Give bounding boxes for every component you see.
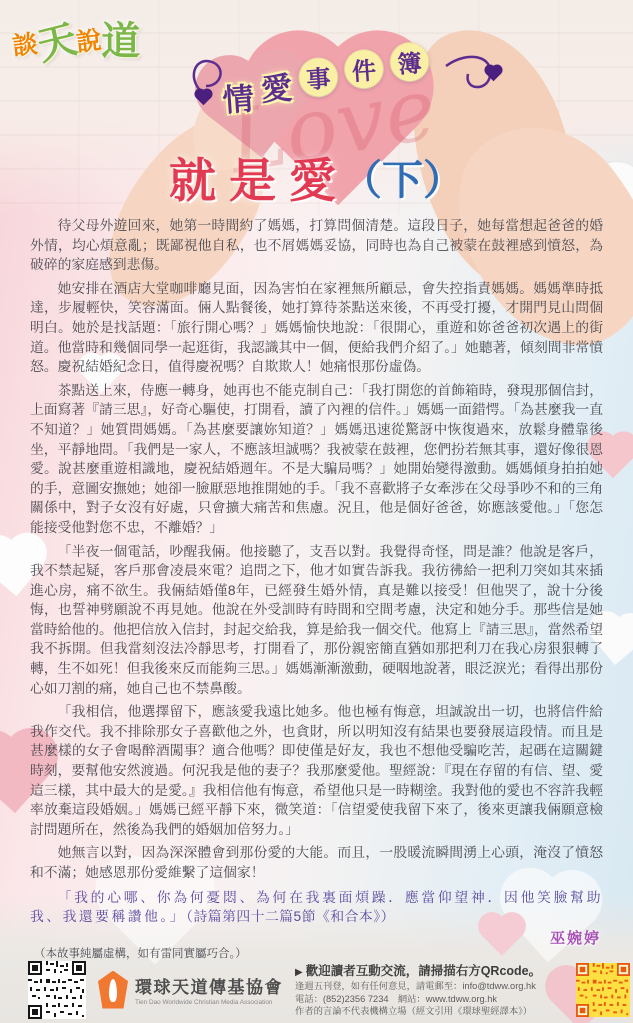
organization-names: 環球天道傳基協會 Tien Dao Worldwide Christian Me… [135,973,283,1006]
article-paragraph: 「我相信，他選擇留下，應該愛我遠比她多。他也極有悔意，坦誠說出一切，也將信件給我… [30,702,603,839]
logo-char: 天 [31,8,82,72]
article-paragraph: 她無言以對，因為深深體會到那份愛的大能。而且，一股暖流瞬間湧上心頭，淹沒了憤怒和… [30,843,603,882]
organization-block: 環球天道傳基協會 Tien Dao Worldwide Christian Me… [98,971,283,1009]
article-paragraph: 茶點送上來，侍應一轉身，她再也不能克制自己：「我打開您的首飾箱時，發現那個信封，… [30,381,603,538]
organization-name-english: Tien Dao Worldwide Christian Media Assoc… [135,999,283,1006]
banner-circle-char: 事 [298,57,339,98]
article-paragraph: 「半夜一個電話，吵醒我倆。他接聽了，支吾以對。我覺得奇怪，問是誰？他說是客戶，我… [30,542,603,699]
article-paragraph: 她安排在酒店大堂咖啡廳見面，因為害怕在家裡無所顧忌，會失控指責媽媽。媽媽準時抵達… [30,279,603,377]
organization-name: 環球天道傳基協會 [135,973,283,998]
magazine-page: 談天說道 Love 情 愛 事 件 簿 就是愛（下） 待父母外遊回來，她第一時間… [0,0,633,1023]
tien-dao-flame-logo-icon [98,971,128,1009]
reader-cta-line: ▶歡迎讀者互動交流，請掃描右方QRcode。 [295,961,564,979]
scripture-quote-block: 「我的心哪、你為何憂悶、為何在我裏面煩躁．應當仰望神．因他笑臉幫助我、我還要稱讚… [30,888,603,927]
logo-char: 道 [101,10,140,66]
contact-line-phone-web: 電話：(852)2356 7234 網站：www.tdww.org.hk [295,993,564,1006]
reader-cta-text: 歡迎讀者互動交流，請掃描右方QRcode。 [306,964,541,978]
banner-circle-char: 簿 [389,41,430,82]
legal-line: 作者的言論不代表機構立場（經文引用《環球聖經譯本》） [295,1005,564,1018]
footer-info: ▶歡迎讀者互動交流，請掃描右方QRcode。 逢週五刊登，如有任何意見，請電郵至… [295,961,564,1018]
scripture-reference: （詩篇第四十二篇5節《和合本》） [186,909,395,924]
article-paragraph: 待父母外遊回來，她第一時間約了媽媽，打算問個清楚。這段日子，她每當想起爸爸的婚外… [30,216,603,275]
banner-char: 情 [220,73,254,120]
logo-char: 說 [74,20,103,58]
author-signature: 巫婉婷 [550,927,601,948]
qr-code-left [28,961,86,1019]
contact-line-email: 逢週五刊登，如有任何意見，請電郵至：info@tdww.org.hk [295,980,564,993]
banner-circle-char: 件 [343,49,384,90]
article-title-main: 就是愛 [169,154,349,207]
qr-code-right [576,963,630,1017]
publication-logo: 談天說道 [9,3,142,72]
arrow-icon: ▶ [295,967,303,978]
article-title: 就是愛（下） [0,144,633,211]
footer: 環球天道傳基協會 Tien Dao Worldwide Christian Me… [0,959,633,1023]
banner-char: 愛 [259,62,293,109]
article-title-part: （下） [341,157,464,203]
article-body: 待父母外遊回來，她第一時間約了媽媽，打算問個清楚。這段日子，她每當想起爸爸的婚外… [30,216,603,927]
